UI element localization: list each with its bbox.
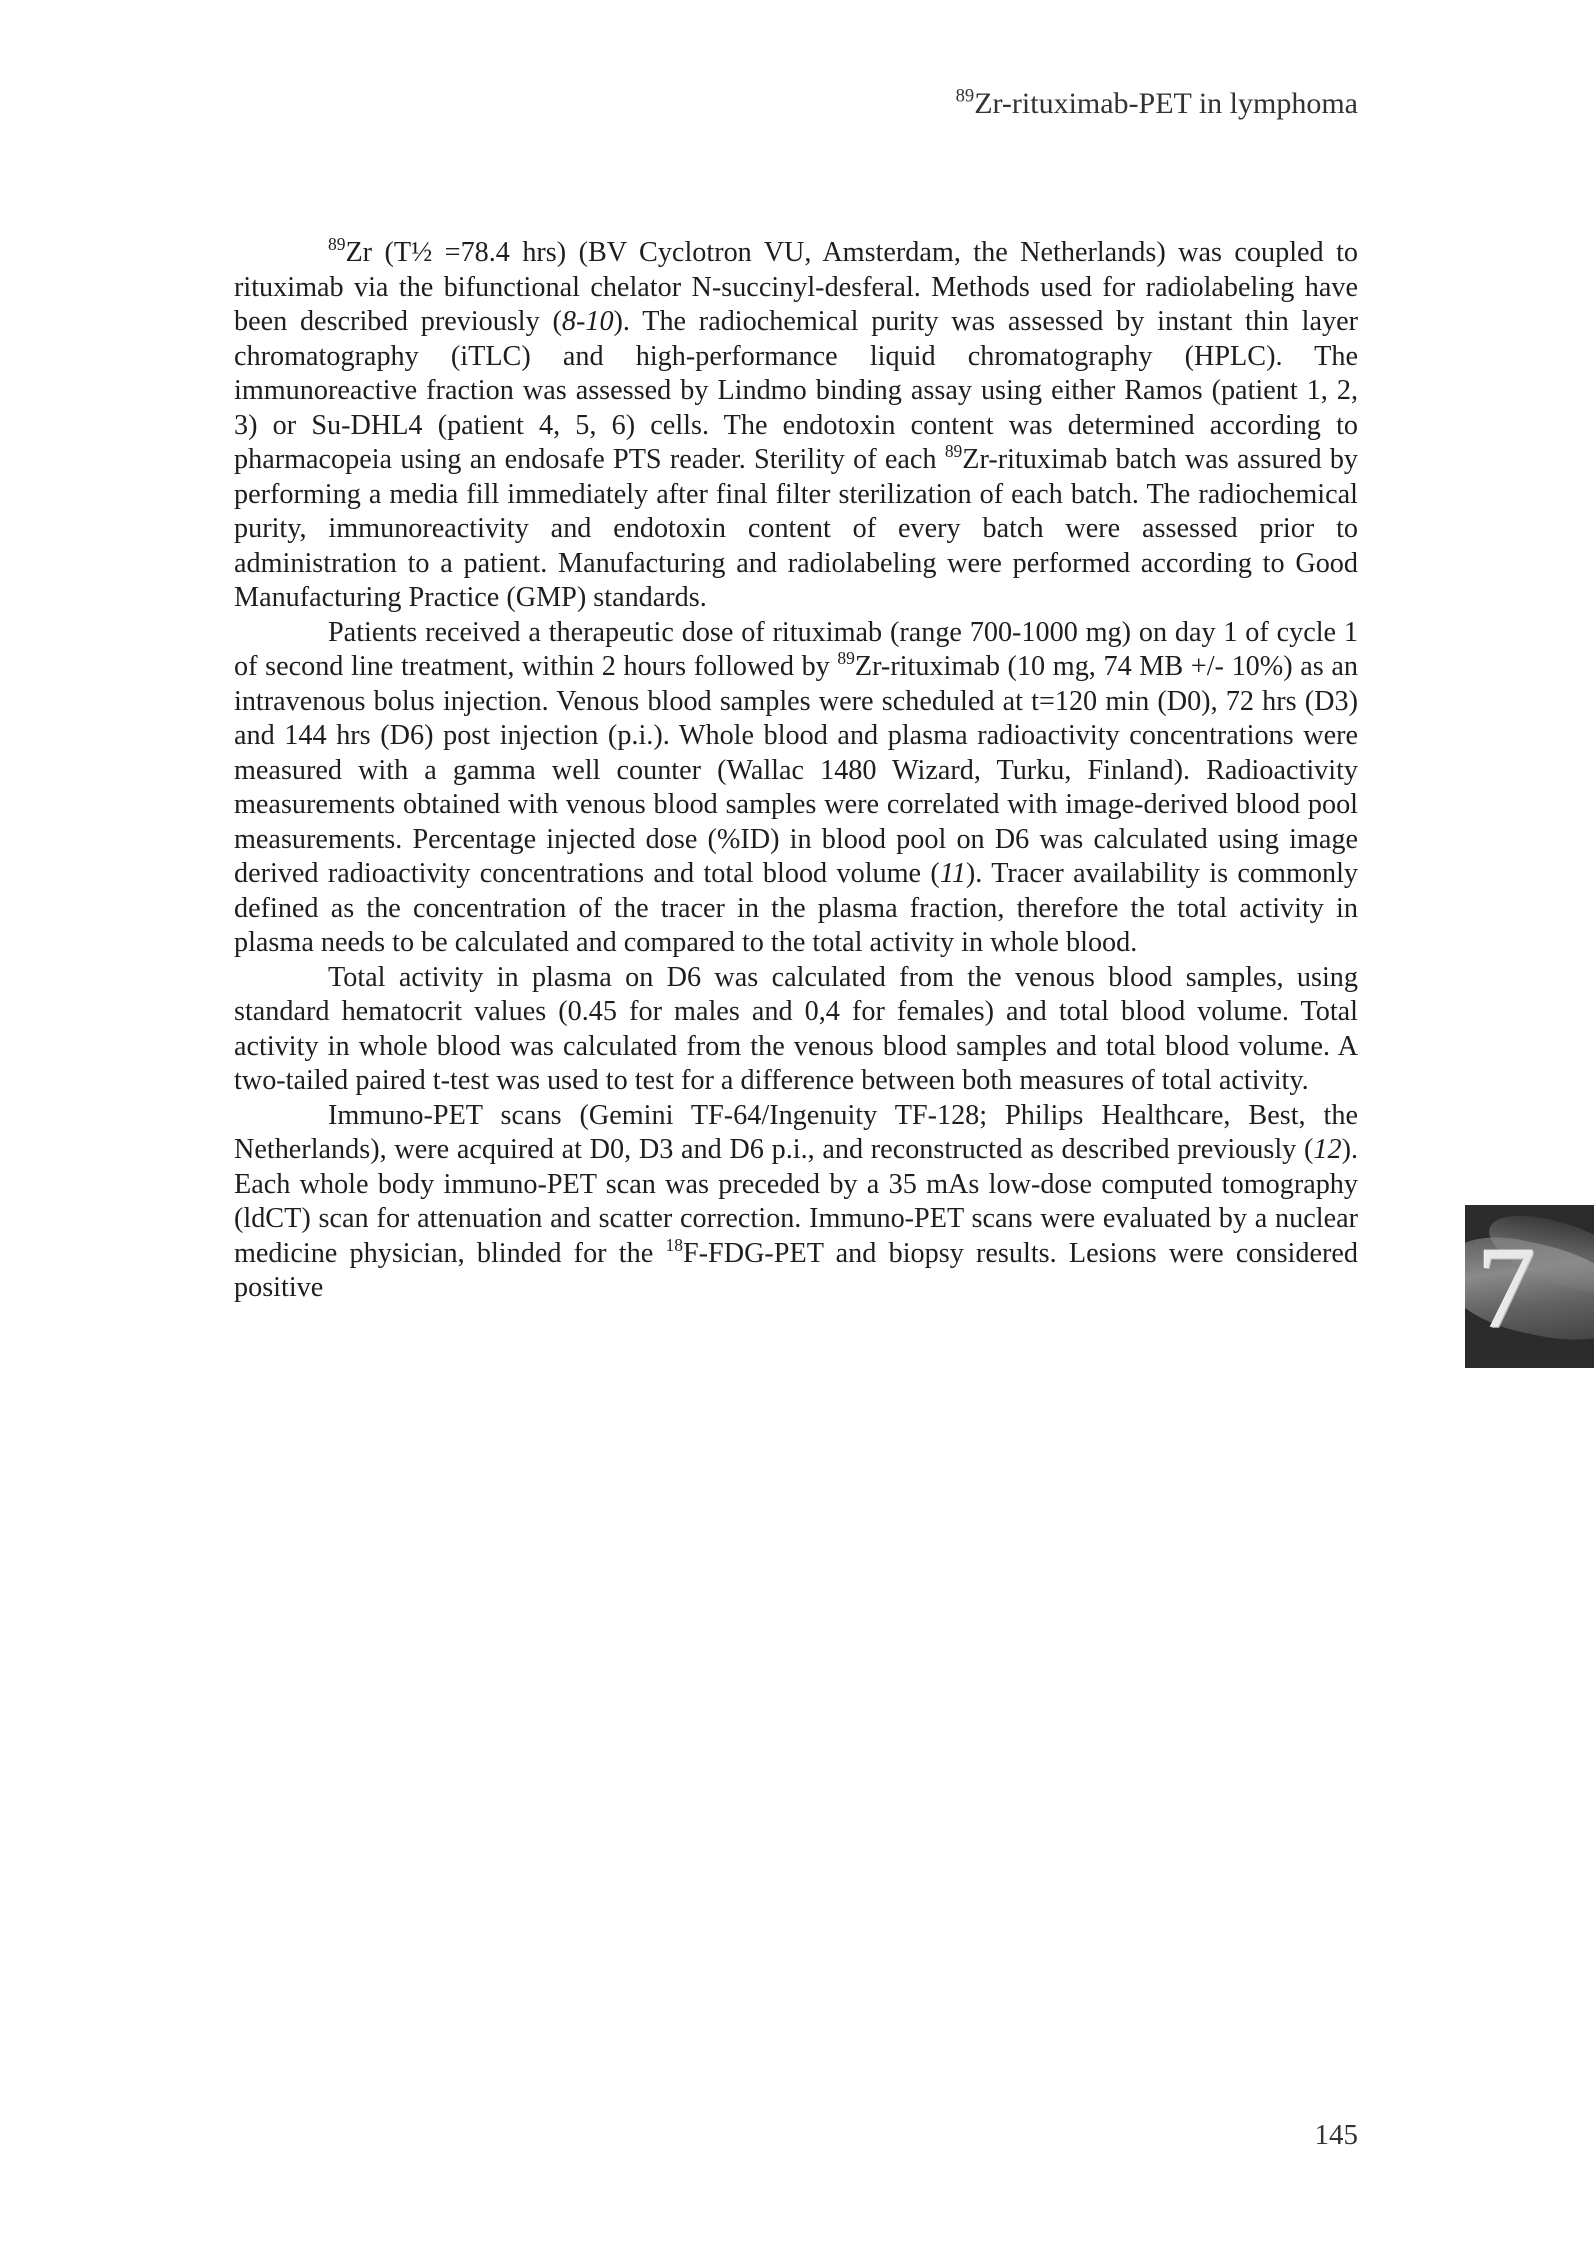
page-number: 145: [1315, 2117, 1359, 2153]
citation-ref: 12: [1313, 1134, 1341, 1165]
text-run: Total activity in plasma on D6 was calcu…: [234, 962, 1358, 1097]
isotope-superscript: 89: [837, 648, 854, 668]
isotope-superscript: 89: [328, 234, 345, 254]
paragraph-immuno-pet: Immuno-PET scans (Gemini TF-64/Ingenuity…: [234, 1099, 1358, 1306]
chapter-number: 7: [1477, 1223, 1536, 1353]
body-text: 89Zr (T½ =78.4 hrs) (BV Cyclotron VU, Am…: [234, 236, 1358, 1306]
citation-ref: 8-10: [562, 306, 614, 337]
running-header-title: Zr-rituximab-PET in lymphoma: [974, 87, 1358, 120]
text-run: Immuno-PET scans (Gemini TF-64/Ingenuity…: [234, 1100, 1358, 1166]
running-header-superscript: 89: [956, 85, 975, 106]
chapter-tab: 7: [1465, 1205, 1594, 1368]
isotope-superscript: 89: [945, 441, 962, 461]
paragraph-administration: Patients received a therapeutic dose of …: [234, 616, 1358, 961]
paragraph-total-activity: Total activity in plasma on D6 was calcu…: [234, 961, 1358, 1099]
running-header: 89Zr-rituximab-PET in lymphoma: [956, 84, 1358, 124]
citation-ref: 11: [940, 858, 966, 889]
paragraph-radiolabeling: 89Zr (T½ =78.4 hrs) (BV Cyclotron VU, Am…: [234, 236, 1358, 616]
isotope-superscript: 18: [666, 1235, 683, 1255]
text-run: Zr-rituximab (10 mg, 74 MB +/- 10%) as a…: [234, 651, 1358, 889]
